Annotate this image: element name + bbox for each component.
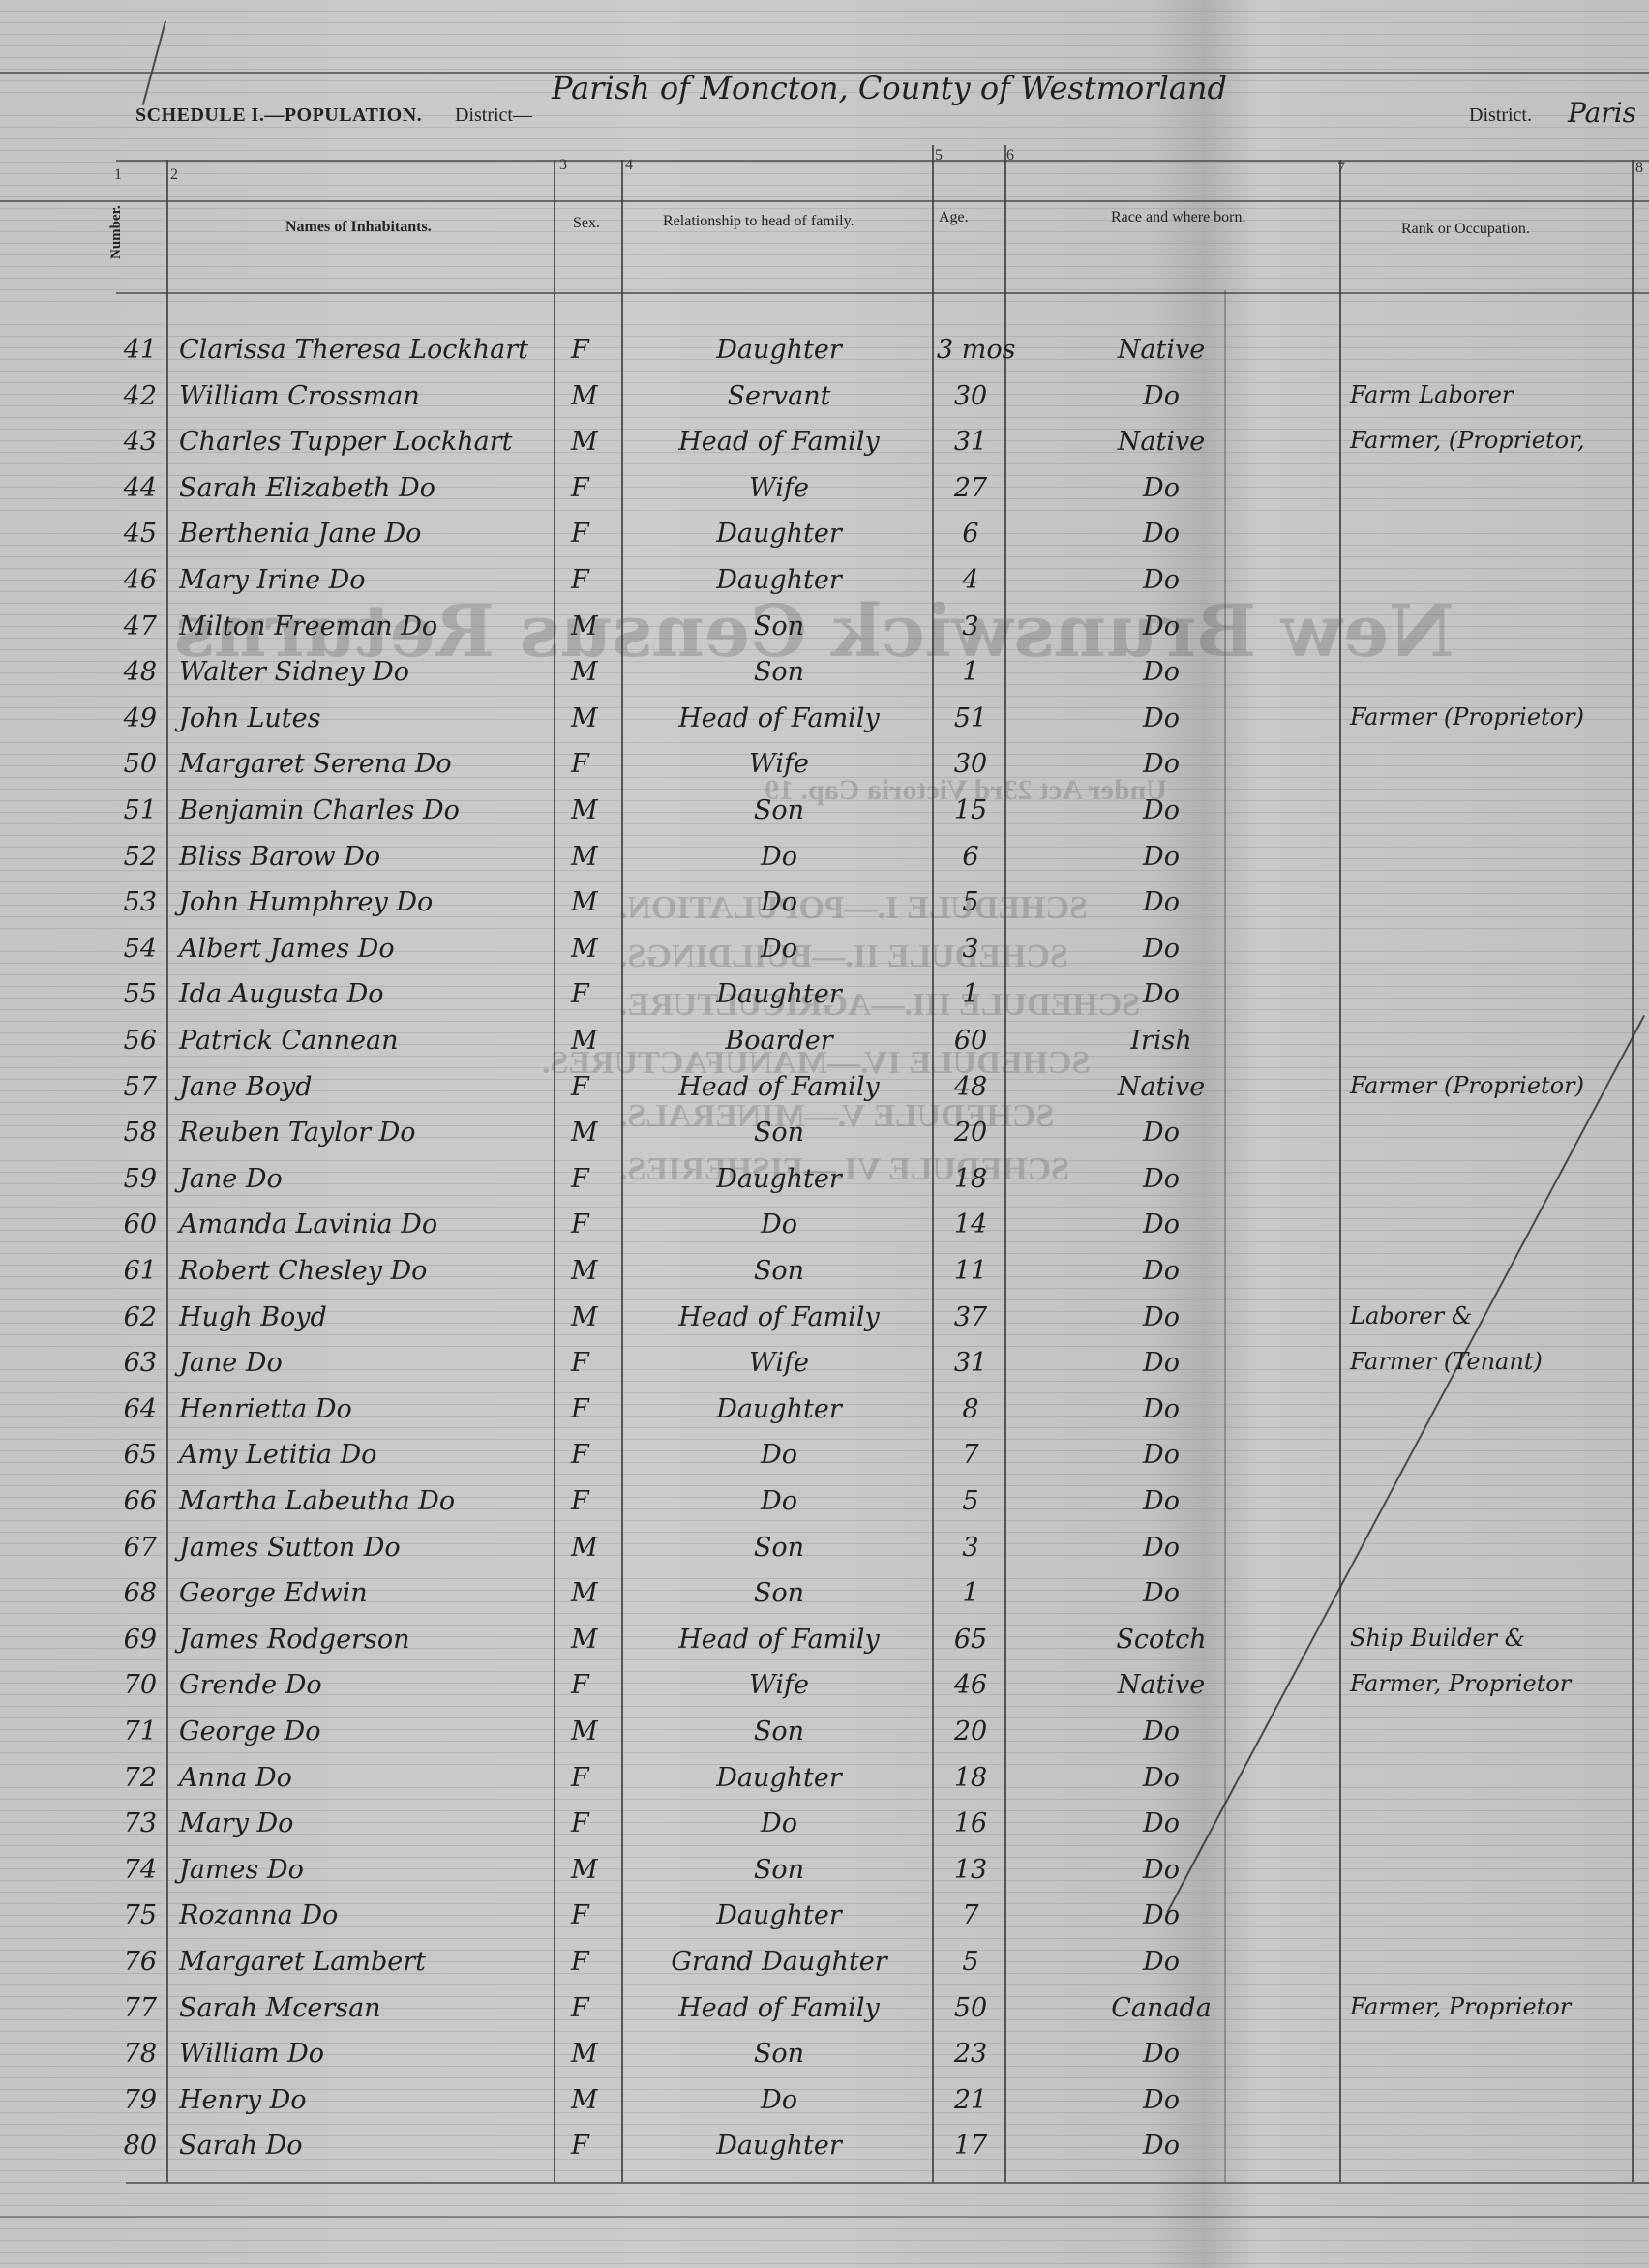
sex: M [571, 887, 598, 917]
relationship: Son [629, 1855, 929, 1885]
relationship: Son [629, 1716, 929, 1746]
relationship: Son [629, 2039, 929, 2069]
age: 3 [937, 1533, 1004, 1563]
race-birthplace: Do [1016, 612, 1306, 642]
relationship: Do [629, 1486, 929, 1516]
row-number: 52 [87, 842, 157, 872]
table-row: 60 Amanda Lavinia Do F Do 14 Do [0, 1204, 1649, 1249]
race-birthplace: Do [1016, 934, 1306, 964]
race-birthplace: Do [1016, 1763, 1306, 1793]
row-number: 71 [87, 1716, 157, 1746]
table-row: 80 Sarah Do F Daughter 17 Do [0, 2125, 1649, 2170]
column-header-sex: Sex. [573, 215, 600, 232]
column-header-age: Age. [939, 209, 969, 226]
inhabitant-name: Amy Letitia Do [179, 1440, 376, 1470]
column-header-occupation: Rank or Occupation. [1401, 221, 1530, 238]
row-number: 70 [87, 1670, 157, 1700]
sex: F [571, 335, 589, 365]
sex: M [571, 427, 598, 457]
sex: F [571, 1670, 589, 1700]
inhabitant-name: John Lutes [179, 703, 320, 733]
race-birthplace: Do [1016, 1394, 1306, 1424]
sex: M [571, 2039, 598, 2069]
table-row: 46 Mary Irine Do F Daughter 4 Do [0, 559, 1649, 605]
race-birthplace: Do [1016, 2131, 1306, 2161]
occupation: Ship Builder & [1350, 1625, 1640, 1652]
race-birthplace: Do [1016, 1578, 1306, 1608]
relationship: Do [629, 887, 929, 917]
row-number: 64 [87, 1394, 157, 1424]
age: 37 [937, 1302, 1004, 1332]
race-birthplace: Do [1016, 1440, 1306, 1470]
relationship: Daughter [629, 2131, 929, 2161]
race-birthplace: Scotch [1016, 1625, 1306, 1655]
race-birthplace: Native [1016, 1072, 1306, 1102]
age: 13 [937, 1855, 1004, 1885]
relationship: Daughter [629, 1763, 929, 1793]
age: 6 [937, 519, 1004, 549]
row-number: 46 [87, 565, 157, 595]
column-number-3: 3 [559, 157, 567, 174]
relationship: Do [629, 1808, 929, 1838]
sex: M [571, 1256, 598, 1286]
age: 1 [937, 1578, 1004, 1608]
inhabitant-name: Henry Do [179, 2085, 307, 2115]
race-birthplace: Do [1016, 795, 1306, 825]
sex: F [571, 1394, 589, 1424]
race-birthplace: Do [1016, 565, 1306, 595]
inhabitant-name: Mary Irine Do [179, 565, 366, 595]
row-number: 67 [87, 1533, 157, 1563]
table-row: 66 Martha Labeutha Do F Do 5 Do [0, 1480, 1649, 1526]
column-header-names: Names of Inhabitants. [285, 219, 432, 236]
race-birthplace: Do [1016, 1256, 1306, 1286]
row-number: 49 [87, 703, 157, 733]
right-district-value: Paris [1568, 97, 1636, 129]
row-number: 44 [87, 473, 157, 503]
race-birthplace: Do [1016, 1209, 1306, 1239]
inhabitant-name: George Edwin [179, 1578, 368, 1608]
inhabitant-name: Benjamin Charles Do [179, 795, 460, 825]
row-number: 66 [87, 1486, 157, 1516]
table-row: 71 George Do M Son 20 Do [0, 1711, 1649, 1756]
inhabitant-name: William Crossman [179, 381, 420, 411]
relationship: Daughter [629, 979, 929, 1009]
inhabitant-name: George Do [179, 1716, 320, 1746]
relationship: Boarder [629, 1026, 929, 1056]
table-row: 52 Bliss Barow Do M Do 6 Do [0, 836, 1649, 881]
sex: M [571, 703, 598, 733]
inhabitant-name: Walter Sidney Do [179, 657, 409, 687]
table-row: 76 Margaret Lambert F Grand Daughter 5 D… [0, 1941, 1649, 1986]
relationship: Son [629, 612, 929, 642]
header-rule-top [0, 72, 1649, 74]
table-row: 56 Patrick Cannean M Boarder 60 Irish [0, 1020, 1649, 1065]
column-number-6: 6 [1006, 147, 1014, 164]
relationship: Wife [629, 749, 929, 779]
table-row: 67 James Sutton Do M Son 3 Do [0, 1527, 1649, 1572]
relationship: Do [629, 2085, 929, 2115]
inhabitant-name: James Sutton Do [179, 1533, 401, 1563]
table-row: 70 Grende Do F Wife 46 Native Farmer, Pr… [0, 1664, 1649, 1710]
column-header-race: Race and where born. [1111, 209, 1246, 226]
sex: F [571, 2131, 589, 2161]
relationship: Son [629, 1578, 929, 1608]
race-birthplace: Do [1016, 381, 1306, 411]
table-row: 69 James Rodgerson M Head of Family 65 S… [0, 1619, 1649, 1664]
sex: F [571, 749, 589, 779]
age: 3 [937, 934, 1004, 964]
race-birthplace: Do [1016, 657, 1306, 687]
inhabitant-name: Martha Labeutha Do [179, 1486, 455, 1516]
table-row: 49 John Lutes M Head of Family 51 Do Far… [0, 698, 1649, 743]
occupation: Farmer (Tenant) [1350, 1348, 1640, 1375]
relationship: Daughter [629, 519, 929, 549]
sex: F [571, 1486, 589, 1516]
race-birthplace: Do [1016, 1716, 1306, 1746]
table-row: 65 Amy Letitia Do F Do 7 Do [0, 1434, 1649, 1479]
age: 1 [937, 979, 1004, 1009]
sex: F [571, 473, 589, 503]
table-row: 47 Milton Freeman Do M Son 3 Do [0, 606, 1649, 651]
row-number: 77 [87, 1993, 157, 2023]
race-birthplace: Native [1016, 335, 1306, 365]
race-birthplace: Do [1016, 1302, 1306, 1332]
relationship: Grand Daughter [629, 1947, 929, 1977]
age: 30 [937, 381, 1004, 411]
race-birthplace: Do [1016, 887, 1306, 917]
age: 31 [937, 1348, 1004, 1378]
relationship: Wife [629, 473, 929, 503]
age: 31 [937, 427, 1004, 457]
row-number: 53 [87, 887, 157, 917]
age: 17 [937, 2131, 1004, 2161]
row-number: 76 [87, 1947, 157, 1977]
relationship: Head of Family [629, 427, 929, 457]
row-number: 43 [87, 427, 157, 457]
schedule-label: SCHEDULE I.—POPULATION. [135, 104, 422, 127]
page-bottom-rule [0, 2216, 1649, 2218]
age: 5 [937, 1947, 1004, 1977]
column-header-relationship: Relationship to head of family. [663, 213, 854, 230]
row-number: 61 [87, 1256, 157, 1286]
inhabitant-name: Charles Tupper Lockhart [179, 427, 512, 457]
race-birthplace: Native [1016, 1670, 1306, 1700]
district-value: Parish of Moncton, County of Westmorland [552, 70, 1227, 106]
occupation: Farm Laborer [1350, 381, 1640, 408]
row-number: 65 [87, 1440, 157, 1470]
sex: F [571, 1348, 589, 1378]
relationship: Head of Family [629, 1302, 929, 1332]
table-row: 51 Benjamin Charles Do M Son 15 Do [0, 790, 1649, 835]
race-birthplace: Do [1016, 519, 1306, 549]
header-rule-mid [116, 160, 1649, 162]
relationship: Son [629, 1533, 929, 1563]
age: 18 [937, 1164, 1004, 1194]
row-number: 78 [87, 2039, 157, 2069]
header-rule-labels [0, 200, 1649, 202]
relationship: Son [629, 795, 929, 825]
column-number-4: 4 [625, 157, 633, 174]
inhabitant-name: John Humphrey Do [179, 887, 433, 917]
table-row: 43 Charles Tupper Lockhart M Head of Fam… [0, 421, 1649, 466]
race-birthplace: Do [1016, 473, 1306, 503]
table-row: 50 Margaret Serena Do F Wife 30 Do [0, 743, 1649, 789]
age: 65 [937, 1625, 1004, 1655]
sex: M [571, 934, 598, 964]
occupation: Laborer & [1350, 1302, 1640, 1329]
row-number: 75 [87, 1900, 157, 1930]
age: 3 [937, 612, 1004, 642]
table-row: 42 William Crossman M Servant 30 Do Farm… [0, 375, 1649, 421]
sex: M [571, 1625, 598, 1655]
row-number: 50 [87, 749, 157, 779]
table-row: 73 Mary Do F Do 16 Do [0, 1803, 1649, 1848]
relationship: Daughter [629, 335, 929, 365]
column-number-1: 1 [114, 166, 122, 184]
age: 46 [937, 1670, 1004, 1700]
table-row: 77 Sarah Mcersan F Head of Family 50 Can… [0, 1987, 1649, 2033]
row-number: 59 [87, 1164, 157, 1194]
table-row: 61 Robert Chesley Do M Son 11 Do [0, 1250, 1649, 1296]
relationship: Do [629, 934, 929, 964]
age: 7 [937, 1440, 1004, 1470]
relationship: Head of Family [629, 1993, 929, 2023]
sex: F [571, 1164, 589, 1194]
age: 8 [937, 1394, 1004, 1424]
inhabitant-name: Jane Do [179, 1348, 283, 1378]
row-number: 80 [87, 2131, 157, 2161]
sex: M [571, 1716, 598, 1746]
race-birthplace: Do [1016, 1900, 1306, 1930]
age: 23 [937, 2039, 1004, 2069]
relationship: Servant [629, 381, 929, 411]
table-row: 72 Anna Do F Daughter 18 Do [0, 1757, 1649, 1803]
age: 14 [937, 1209, 1004, 1239]
sex: M [571, 1578, 598, 1608]
sex: F [571, 979, 589, 1009]
sex: F [571, 1763, 589, 1793]
age: 27 [937, 473, 1004, 503]
sex: M [571, 1026, 598, 1056]
age: 20 [937, 1716, 1004, 1746]
table-row: 68 George Edwin M Son 1 Do [0, 1572, 1649, 1618]
age: 3 mos [937, 335, 1004, 365]
age: 4 [937, 565, 1004, 595]
age: 7 [937, 1900, 1004, 1930]
inhabitant-name: Patrick Cannean [179, 1026, 399, 1056]
row-number: 48 [87, 657, 157, 687]
table-row: 74 James Do M Son 13 Do [0, 1849, 1649, 1895]
sex: F [571, 1440, 589, 1470]
relationship: Son [629, 1256, 929, 1286]
table-row: 41 Clarissa Theresa Lockhart F Daughter … [0, 329, 1649, 374]
table-row: 58 Reuben Taylor Do M Son 20 Do [0, 1112, 1649, 1157]
inhabitant-name: Berthenia Jane Do [179, 519, 421, 549]
inhabitant-name: Henrietta Do [179, 1394, 352, 1424]
relationship: Head of Family [629, 703, 929, 733]
sex: F [571, 1900, 589, 1930]
column-number-5: 5 [935, 147, 943, 164]
inhabitant-name: Sarah Elizabeth Do [179, 473, 435, 503]
sex: M [571, 1533, 598, 1563]
row-number: 51 [87, 795, 157, 825]
row-number: 57 [87, 1072, 157, 1102]
census-page: New Brunswick Census Returns Under Act 2… [0, 0, 1649, 2268]
race-birthplace: Do [1016, 1855, 1306, 1885]
age: 20 [937, 1118, 1004, 1148]
inhabitant-name: Grende Do [179, 1670, 322, 1700]
inhabitant-name: Mary Do [179, 1808, 293, 1838]
race-birthplace: Irish [1016, 1026, 1306, 1056]
sex: F [571, 1993, 589, 2023]
header-rule-bottom [116, 292, 1649, 294]
table-bottom-rule [126, 2182, 1649, 2184]
row-number: 56 [87, 1026, 157, 1056]
inhabitant-name: Clarissa Theresa Lockhart [179, 335, 528, 365]
race-birthplace: Do [1016, 1533, 1306, 1563]
inhabitant-name: James Rodgerson [179, 1625, 409, 1655]
inhabitant-name: Amanda Lavinia Do [179, 1209, 437, 1239]
occupation: Farmer, Proprietor [1350, 1993, 1640, 2020]
row-number: 42 [87, 381, 157, 411]
sex: F [571, 1808, 589, 1838]
age: 11 [937, 1256, 1004, 1286]
occupation: Farmer (Proprietor) [1350, 703, 1640, 731]
race-birthplace: Do [1016, 842, 1306, 872]
row-number: 60 [87, 1209, 157, 1239]
occupation: Farmer, (Proprietor, [1350, 427, 1640, 454]
race-birthplace: Do [1016, 1947, 1306, 1977]
sex: M [571, 657, 598, 687]
table-row: 63 Jane Do F Wife 31 Do Farmer (Tenant) [0, 1342, 1649, 1388]
row-number: 55 [87, 979, 157, 1009]
inhabitant-name: Margaret Lambert [179, 1947, 426, 1977]
sex: F [571, 1209, 589, 1239]
age: 51 [937, 703, 1004, 733]
table-row: 45 Berthenia Jane Do F Daughter 6 Do [0, 513, 1649, 558]
race-birthplace: Do [1016, 1486, 1306, 1516]
race-birthplace: Canada [1016, 1993, 1306, 2023]
age: 30 [937, 749, 1004, 779]
race-birthplace: Do [1016, 1118, 1306, 1148]
inhabitant-name: Sarah Mcersan [179, 1993, 381, 2023]
relationship: Son [629, 657, 929, 687]
sex: F [571, 519, 589, 549]
row-number: 54 [87, 934, 157, 964]
race-birthplace: Do [1016, 1164, 1306, 1194]
relationship: Head of Family [629, 1072, 929, 1102]
occupation: Farmer (Proprietor) [1350, 1072, 1640, 1099]
age: 1 [937, 657, 1004, 687]
race-birthplace: Do [1016, 2039, 1306, 2069]
race-birthplace: Do [1016, 1348, 1306, 1378]
relationship: Wife [629, 1348, 929, 1378]
inhabitant-name: Margaret Serena Do [179, 749, 452, 779]
inhabitant-name: Anna Do [179, 1763, 292, 1793]
relationship: Do [629, 1209, 929, 1239]
table-row: 55 Ida Augusta Do F Daughter 1 Do [0, 973, 1649, 1019]
race-birthplace: Do [1016, 703, 1306, 733]
inhabitant-name: Jane Do [179, 1164, 283, 1194]
row-number: 47 [87, 612, 157, 642]
right-district-label: District. [1469, 104, 1532, 127]
age: 21 [937, 2085, 1004, 2115]
sex: M [571, 1302, 598, 1332]
inhabitant-name: Reuben Taylor Do [179, 1118, 415, 1148]
row-number: 63 [87, 1348, 157, 1378]
row-number: 41 [87, 335, 157, 365]
table-row: 57 Jane Boyd F Head of Family 48 Native … [0, 1066, 1649, 1112]
table-row: 53 John Humphrey Do M Do 5 Do [0, 881, 1649, 927]
table-row: 59 Jane Do F Daughter 18 Do [0, 1158, 1649, 1204]
table-row: 54 Albert James Do M Do 3 Do [0, 928, 1649, 973]
sex: M [571, 2085, 598, 2115]
race-birthplace: Native [1016, 427, 1306, 457]
inhabitant-name: Bliss Barow Do [179, 842, 380, 872]
row-number: 58 [87, 1118, 157, 1148]
race-birthplace: Do [1016, 979, 1306, 1009]
table-row: 44 Sarah Elizabeth Do F Wife 27 Do [0, 467, 1649, 513]
relationship: Do [629, 1440, 929, 1470]
relationship: Son [629, 1118, 929, 1148]
inhabitant-name: James Do [179, 1855, 304, 1885]
pen-stroke [142, 20, 166, 104]
relationship: Do [629, 842, 929, 872]
inhabitant-name: Robert Chesley Do [179, 1256, 427, 1286]
sex: M [571, 795, 598, 825]
table-row: 64 Henrietta Do F Daughter 8 Do [0, 1388, 1649, 1434]
inhabitant-name: Sarah Do [179, 2131, 302, 2161]
race-birthplace: Do [1016, 1808, 1306, 1838]
age: 6 [937, 842, 1004, 872]
relationship: Head of Family [629, 1625, 929, 1655]
row-number: 68 [87, 1578, 157, 1608]
age: 5 [937, 1486, 1004, 1516]
inhabitant-name: Ida Augusta Do [179, 979, 383, 1009]
sex: M [571, 842, 598, 872]
row-number: 45 [87, 519, 157, 549]
relationship: Daughter [629, 565, 929, 595]
occupation: Farmer, Proprietor [1350, 1670, 1640, 1697]
table-row: 75 Rozanna Do F Daughter 7 Do [0, 1895, 1649, 1940]
sex: F [571, 565, 589, 595]
inhabitant-name: Albert James Do [179, 934, 395, 964]
inhabitant-name: Rozanna Do [179, 1900, 338, 1930]
sex: M [571, 1118, 598, 1148]
relationship: Wife [629, 1670, 929, 1700]
sex: F [571, 1072, 589, 1102]
row-number: 79 [87, 2085, 157, 2115]
age: 48 [937, 1072, 1004, 1102]
row-number: 72 [87, 1763, 157, 1793]
age: 18 [937, 1763, 1004, 1793]
table-row: 79 Henry Do M Do 21 Do [0, 2079, 1649, 2125]
relationship: Daughter [629, 1164, 929, 1194]
inhabitant-name: Hugh Boyd [179, 1302, 327, 1332]
age: 60 [937, 1026, 1004, 1056]
relationship: Daughter [629, 1394, 929, 1424]
inhabitant-name: William Do [179, 2039, 324, 2069]
row-number: 69 [87, 1625, 157, 1655]
sex: M [571, 1855, 598, 1885]
sex: F [571, 1947, 589, 1977]
district-label: District— [455, 104, 532, 127]
column-number-2: 2 [170, 166, 178, 184]
age: 5 [937, 887, 1004, 917]
relationship: Daughter [629, 1900, 929, 1930]
table-row: 62 Hugh Boyd M Head of Family 37 Do Labo… [0, 1297, 1649, 1342]
